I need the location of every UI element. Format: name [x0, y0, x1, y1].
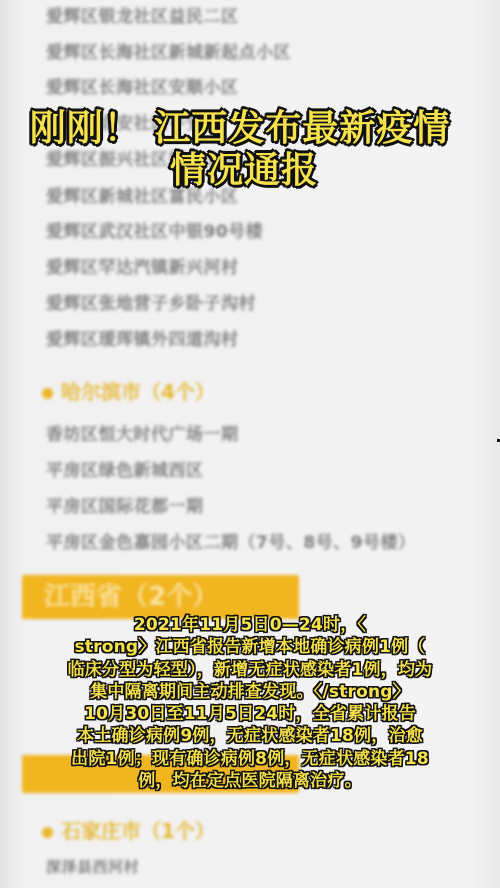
section-header-harbin: 哈尔滨市（4个） — [42, 376, 215, 405]
caption-line: strong〉江西省报告新增本地确诊病例1例（ — [28, 636, 472, 658]
list-item: 平房区金色嘉园小区二期（7号、8号、9号楼） — [46, 528, 416, 553]
list-item: 深泽县西河村 — [46, 856, 139, 877]
caption-line: 临床分型为轻型），新增无症状感染者1例，均为 — [28, 659, 472, 681]
caption-line: 本土确诊病例9例，无症状感染者18例，治愈 — [28, 725, 472, 747]
list-item: 爱辉区武汉社区中银90号楼 — [46, 217, 263, 242]
list-item: 爱辉区瑷珲镇外四道沟村 — [46, 325, 239, 350]
caption-line: 例，均在定点医院隔离治疗。 — [28, 770, 472, 792]
caption-line: 10月30日至11月5日24时，全省累计报告 — [28, 703, 472, 725]
list-item: 爱辉区长海社区安顺小区 — [46, 73, 239, 98]
section-header-shijiazhuang: 石家庄市（1个） — [42, 815, 215, 844]
section-label: 哈尔滨市（4个） — [61, 380, 215, 404]
caption-line: 2021年11月5日0—24时，〈 — [28, 614, 472, 636]
list-item: 爱辉区长海社区新城新起点小区 — [46, 38, 291, 63]
list-item: 爱辉区张地营子乡卧子沟村 — [46, 289, 256, 314]
bullet-dot-icon — [42, 827, 53, 838]
caption-text: 2021年11月5日0—24时，〈 strong〉江西省报告新增本地确诊病例1例… — [28, 614, 472, 792]
list-item: 爱辉区罕达汽镇新兴河村 — [46, 253, 239, 278]
list-item: 平房区国际花都一期 — [46, 492, 204, 517]
list-item: 平房区绿色新城西区 — [46, 456, 204, 481]
overlay-title-line-2: 情况通报 — [0, 148, 494, 194]
list-item: 爱辉区银龙社区益民二区 — [46, 2, 239, 27]
overlay-title-line-1: 刚刚！ 江西发布最新疫情 — [0, 106, 490, 152]
bullet-dot-icon — [42, 388, 53, 399]
list-item: 香坊区恒大时代广场一期 — [46, 420, 239, 445]
caption-line: 出院1例；现有确诊病例8例，无症状感染者18 — [28, 748, 472, 770]
section-label: 石家庄市（1个） — [61, 819, 215, 843]
section-header-jiangxi: 江西省（2个） — [22, 575, 299, 619]
caption-line: 集中隔离期间主动排查发现。〈/strong〉 — [28, 681, 472, 703]
